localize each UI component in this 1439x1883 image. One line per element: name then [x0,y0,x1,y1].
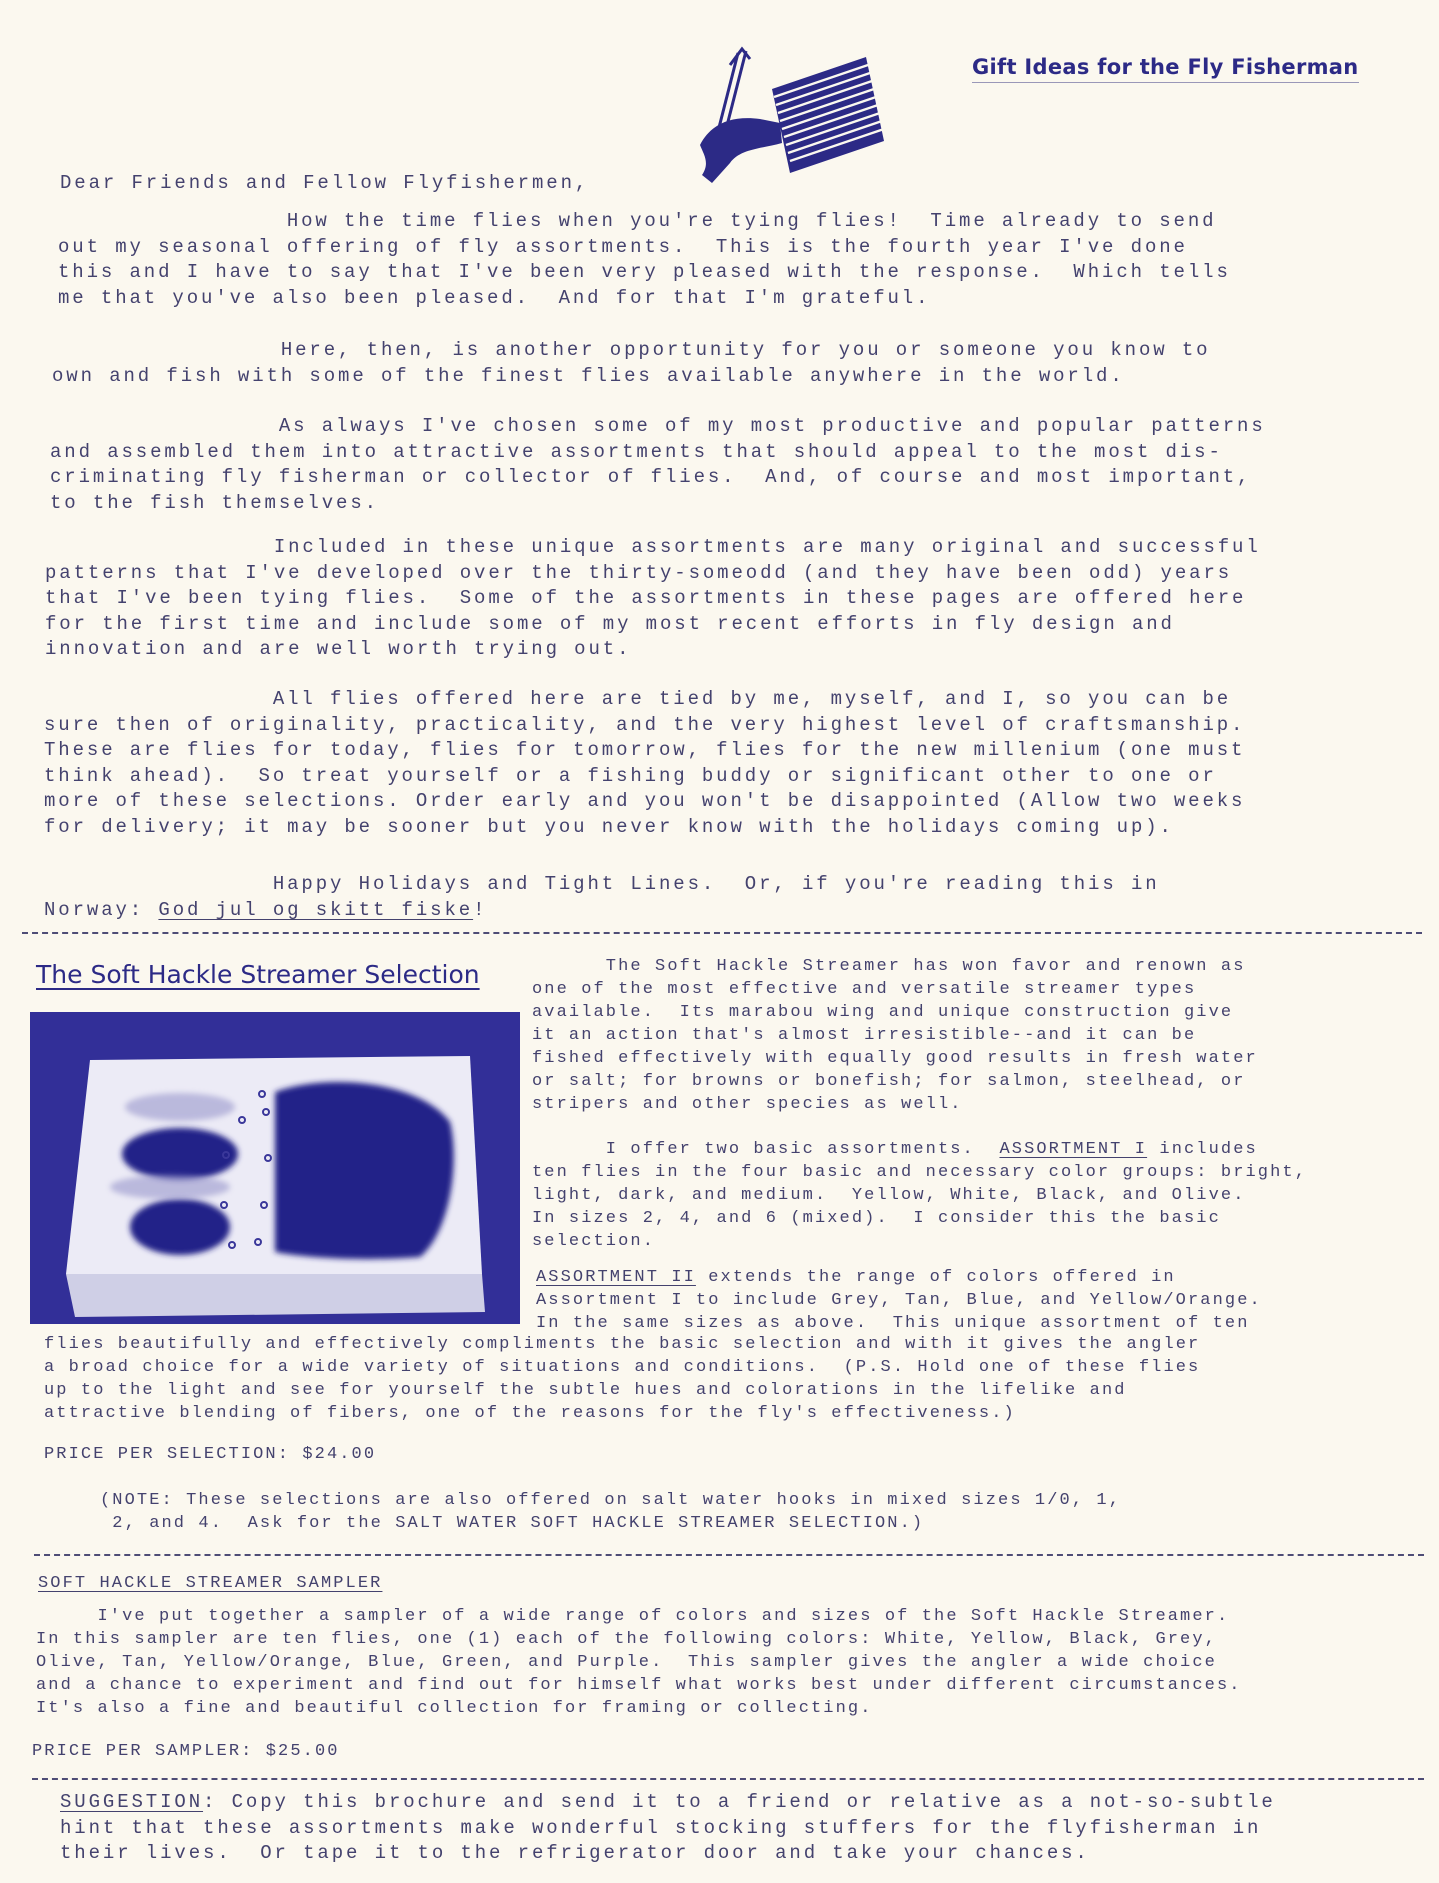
letter-paragraph: Here, then, is another opportunity for y… [52,338,1210,389]
fly-box-photo [30,1012,520,1324]
assortment-one-paragraph: I offer two basic assortments. ASSORTMEN… [532,1138,1307,1253]
suggestion: SUGGESTION: Copy this brochure and send … [60,1790,1276,1867]
selection-intro: The Soft Hackle Streamer has won favor a… [532,955,1258,1116]
suggestion-text: : Copy this brochure and send it to a fr… [60,1791,1276,1864]
quill-hand-logo-icon [690,45,920,195]
assortment-one-label: ASSORTMENT I [999,1140,1147,1159]
assortment-two-continued: flies beautifully and effectively compli… [44,1333,1200,1425]
sampler-title: SOFT HACKLE STREAMER SAMPLER [38,1572,382,1595]
salt-water-note: (NOTE: These selections are also offered… [100,1489,1121,1535]
closing-line-1: Happy Holidays and Tight Lines. Or, if y… [44,873,1160,895]
section-divider [22,932,1422,934]
sampler-price: PRICE PER SAMPLER: $25.00 [32,1740,340,1763]
letter-paragraph: All flies offered here are tied by me, m… [44,687,1245,840]
selection-price: PRICE PER SELECTION: $24.00 [44,1443,376,1466]
norwegian-greeting: God jul og skitt fiske [158,899,473,921]
salutation: Dear Friends and Fellow Flyfishermen, [60,171,589,197]
letter-paragraph: As always I've chosen some of my most pr… [50,414,1266,516]
letter-paragraph: Included in these unique assortments are… [45,535,1261,663]
closing-prefix: Norway: [44,899,158,921]
section-divider [34,1554,1424,1556]
fly-box-image-icon [30,1012,520,1324]
assortment-two-label: ASSORTMENT II [536,1268,696,1287]
assortment-two-paragraph: ASSORTMENT II extends the range of color… [536,1266,1262,1335]
section-title: The Soft Hackle Streamer Selection [36,960,480,989]
letter-paragraph: How the time flies when you're tying fli… [58,209,1231,311]
closing-line: Happy Holidays and Tight Lines. Or, if y… [44,872,1160,923]
suggestion-label: SUGGESTION [60,1791,203,1813]
sampler-body: I've put together a sampler of a wide ra… [36,1605,1242,1720]
section-divider [32,1778,1424,1780]
brochure-page: Gift Ideas for the Fly Fisherman Dear Fr… [0,0,1439,1883]
assortment-one-intro: I offer two basic assortments. [532,1140,999,1159]
brochure-title: Gift Ideas for the Fly Fisherman [972,55,1359,83]
closing-suffix: ! [473,899,487,921]
